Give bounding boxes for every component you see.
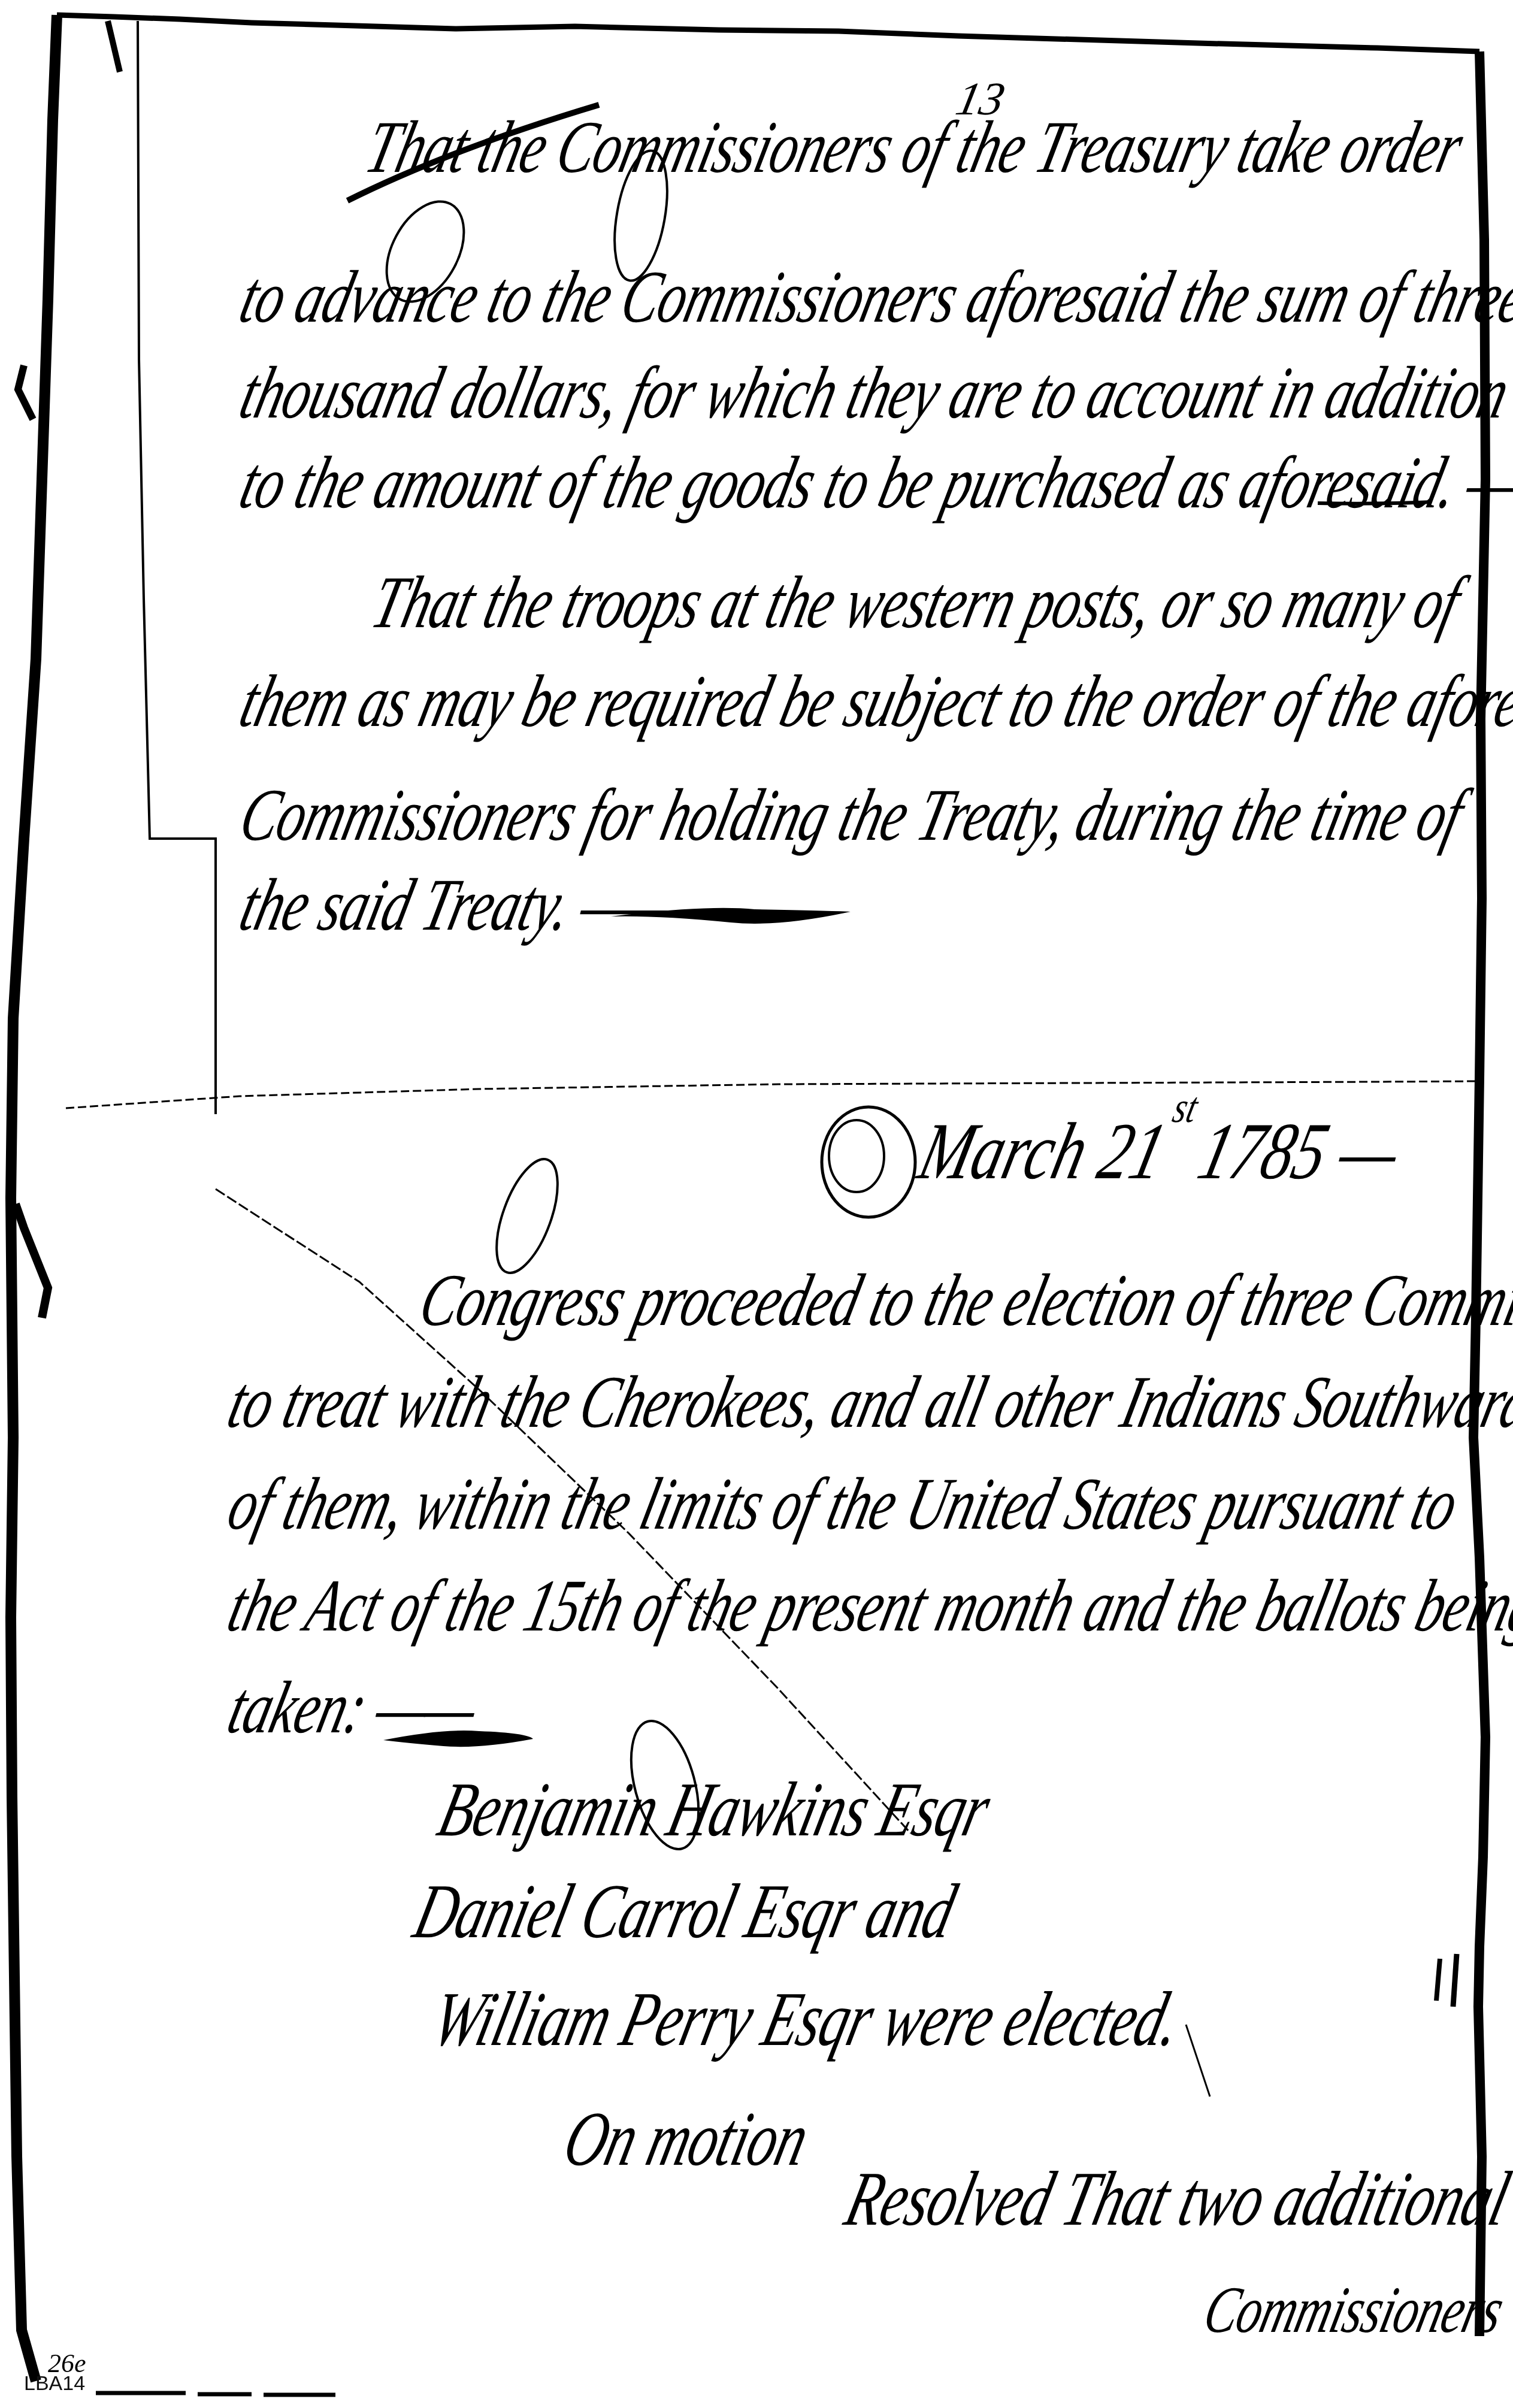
continuation-word: Commissioners <box>1198 2277 1509 2343</box>
elected-name: Daniel Carrol Esqr and <box>407 1872 963 1950</box>
text-line: the Act of the 15th of the present month… <box>222 1568 1513 1642</box>
margin-rule <box>138 21 216 1114</box>
text-line: them as may be required be subject to th… <box>234 664 1513 738</box>
motion-intro: On motion <box>557 2100 815 2178</box>
manuscript-page: 13 That the Commissioners of the Treasur… <box>0 0 1513 2408</box>
text-line: taken: —— <box>222 1670 484 1744</box>
text-line: Congress proceeded to the election of th… <box>413 1263 1513 1337</box>
text-line: to the amount of the goods to be purchas… <box>234 445 1513 519</box>
text-line: Commissioners for holding the Treaty, du… <box>234 778 1470 852</box>
fold-line <box>66 1081 1479 1108</box>
date-ordinal: st <box>1169 1084 1203 1132</box>
date-year: 1785 — <box>1190 1106 1408 1196</box>
text-line: That the troops at the western posts, or… <box>365 565 1467 639</box>
archive-stamp: LBA14 <box>24 2372 85 2395</box>
text-line: the said Treaty. —— <box>234 867 689 942</box>
text-line: That the Commissioners of the Treasury t… <box>359 110 1469 184</box>
text-line: thousand dollars, for which they are to … <box>234 355 1513 429</box>
text-line: to advance to the Commissioners aforesai… <box>234 259 1513 334</box>
top-edge <box>57 15 1479 52</box>
date-month-day: March 21 <box>911 1106 1175 1196</box>
elected-name: William Perry Esqr were elected. <box>425 1980 1188 2058</box>
text-line: of them, within the limits of the United… <box>222 1466 1464 1541</box>
resolved-line: Resolved That two additional <box>839 2160 1513 2238</box>
left-edge <box>11 15 57 2381</box>
elected-name: Benjamin Hawkins Esqr <box>431 1771 997 1849</box>
text-line: to treat with the Cherokees, and all oth… <box>222 1365 1513 1439</box>
date-heading: March 21st 1785 — <box>910 1105 1409 1197</box>
